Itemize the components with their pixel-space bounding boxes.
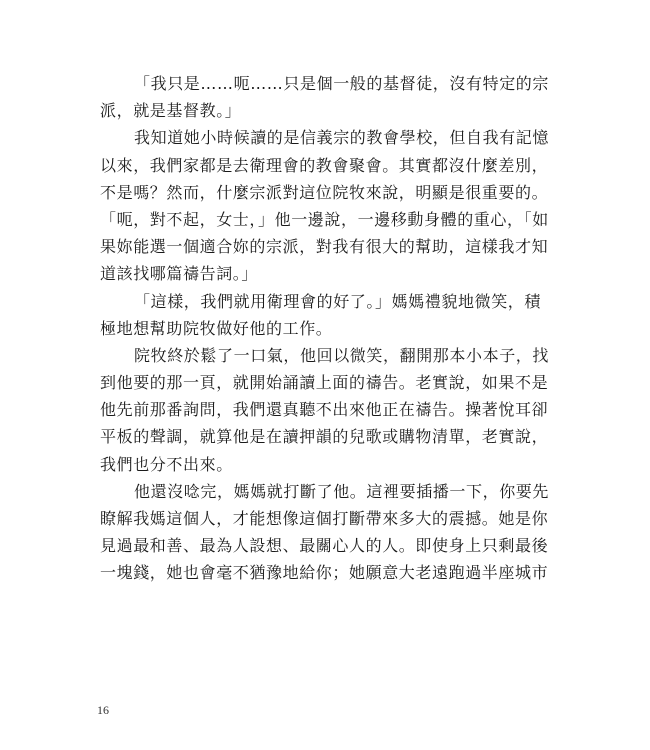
text-line: 一塊錢，她也會毫不猶豫地給你；她願意大老遠跑過半座城市 [100, 559, 476, 586]
page-number: 16 [97, 703, 109, 718]
text-line: 「呃，對不起，女士，」他一邊說，一邊移動身體的重心，「如 [100, 206, 476, 233]
text-line: 到他要的那一頁，就開始誦讀上面的禱告。老實說，如果不是 [100, 369, 476, 396]
text-line: 不是嗎？然而，什麼宗派對這位院牧來說，明顯是很重要的。 [100, 179, 476, 206]
text-line: 院牧終於鬆了一口氣，他回以微笑，翻開那本小本子，找 [100, 342, 476, 369]
text-line: 他還沒唸完，媽媽就打斷了他。這裡要插播一下，你要先 [100, 478, 476, 505]
text-line: 見過最和善、最為人設想、最關心人的人。即使身上只剩最後 [100, 532, 476, 559]
text-line: 「我只是……呃……只是個一般的基督徒，沒有特定的宗 [100, 70, 476, 97]
text-line: 極地想幫助院牧做好他的工作。 [100, 315, 476, 342]
book-page: 「我只是……呃……只是個一般的基督徒，沒有特定的宗 派，就是基督教。」 我知道她… [0, 0, 650, 750]
body-text: 「我只是……呃……只是個一般的基督徒，沒有特定的宗 派，就是基督教。」 我知道她… [100, 70, 476, 587]
text-line: 他先前那番詢問，我們還真聽不出來他正在禱告。操著悅耳卻 [100, 396, 476, 423]
text-line: 瞭解我媽這個人，才能想像這個打斷帶來多大的震撼。她是你 [100, 505, 476, 532]
text-line: 我們也分不出來。 [100, 451, 476, 478]
text-line: 派，就是基督教。」 [100, 97, 476, 124]
text-line: 我知道她小時候讀的是信義宗的教會學校，但自我有記憶 [100, 124, 476, 151]
text-line: 「這樣，我們就用衛理會的好了。」媽媽禮貌地微笑，積 [100, 288, 476, 315]
text-line: 道該找哪篇禱告詞。」 [100, 260, 476, 287]
text-line: 以來，我們家都是去衛理會的教會聚會。其實都沒什麼差別， [100, 152, 476, 179]
text-line: 平板的聲調，就算他是在讀押韻的兒歌或購物清單，老實說， [100, 423, 476, 450]
text-line: 果妳能選一個適合妳的宗派，對我有很大的幫助，這樣我才知 [100, 233, 476, 260]
